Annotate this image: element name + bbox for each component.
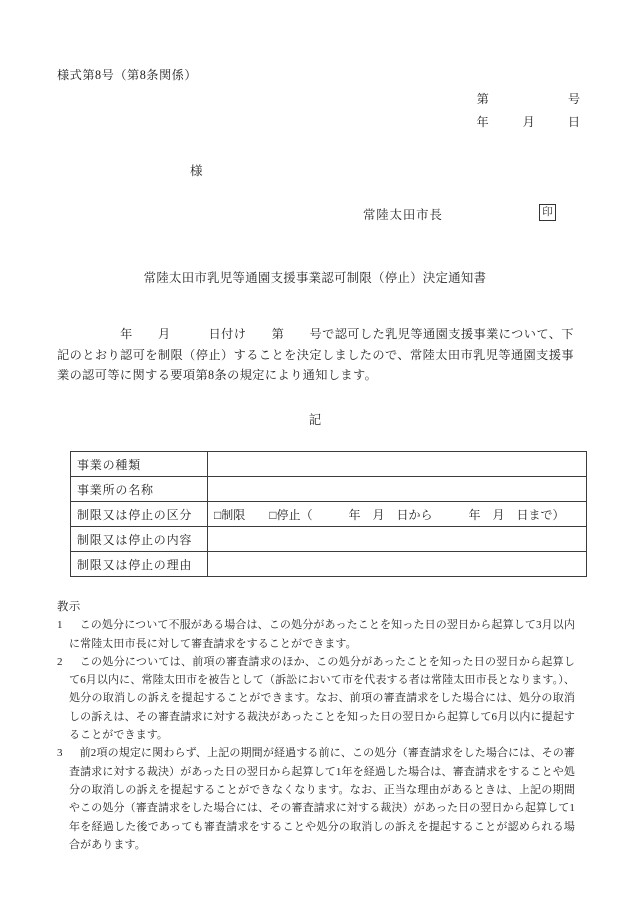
conditions-table: 事業の種類 事業所の名称 制限又は停止の区分 □制限 □停止（ 年 月 日から … [70, 451, 587, 577]
issuer-name: 常陸太田市長 [363, 205, 443, 223]
table-row-office-name: 事業所の名称 [71, 477, 587, 502]
table-row-division: 制限又は停止の区分 □制限 □停止（ 年 月 日から 年 月 日まで） [71, 502, 587, 527]
appeal-notice-item-3: 3前2項の規定に関わらず、上記の期間が経過する前に、この処分（審査請求をした場合… [57, 744, 575, 854]
date-year-label: 年 [476, 113, 488, 130]
doc-number-prefix: 第 [477, 90, 489, 107]
appeal-notice: 教示 1この処分について不服がある場合は、この処分があったことを知った日の翌日か… [57, 598, 575, 854]
item-1-text: この処分について不服がある場合は、この処分があったことを知った日の翌日から起算し… [69, 619, 575, 649]
content-value [208, 527, 587, 552]
reason-value [208, 552, 587, 577]
document-number-line: 第 号 [477, 90, 580, 107]
seal-box: 印 [539, 204, 556, 221]
appeal-notice-heading: 教示 [57, 598, 575, 616]
date-line: 年 月 日 [476, 113, 580, 130]
doc-number-blank [489, 102, 568, 103]
reason-label: 制限又は停止の理由 [71, 552, 208, 577]
record-separator: 記 [0, 410, 630, 428]
table-row-reason: 制限又は停止の理由 [71, 552, 587, 577]
date-month-label: 月 [523, 113, 535, 130]
business-type-value [208, 452, 587, 477]
division-label: 制限又は停止の区分 [71, 502, 208, 527]
addressee-honorific: 様 [190, 160, 203, 179]
doc-number-suffix: 号 [568, 90, 580, 107]
item-2-number: 2 [57, 656, 63, 668]
body-paragraph: 年 月 日付け 第 号で認可した乳児等通園支援事業について、下記のとおり認可を制… [57, 324, 574, 386]
appeal-notice-item-1: 1この処分について不服がある場合は、この処分があったことを知った日の翌日から起算… [57, 616, 575, 653]
item-2-text: この処分については、前項の審査請求のほか、この処分があったことを知った日の翌日か… [69, 656, 575, 741]
item-1-number: 1 [57, 619, 63, 631]
date-month-blank [535, 125, 568, 126]
document-title: 常陸太田市乳児等通園支援事業認可制限（停止）決定通知書 [0, 268, 630, 286]
table-row-business-type: 事業の種類 [71, 452, 587, 477]
content-label: 制限又は停止の内容 [71, 527, 208, 552]
appeal-notice-item-2: 2この処分については、前項の審査請求のほか、この処分があったことを知った日の翌日… [57, 653, 575, 744]
form-number-label: 様式第8号（第8条関係） [57, 66, 197, 83]
date-year-blank [489, 125, 523, 126]
item-3-number: 3 [57, 747, 63, 759]
table-row-content: 制限又は停止の内容 [71, 527, 587, 552]
office-name-label: 事業所の名称 [71, 477, 208, 502]
document-page: 様式第8号（第8条関係） 第 号 年 月 日 様 常陸太田市長 印 常陸太田市乳… [0, 0, 630, 903]
office-name-value [208, 477, 587, 502]
item-3-text: 前2項の規定に関わらず、上記の期間が経過する前に、この処分（審査請求をした場合に… [69, 747, 575, 850]
seal-label: 印 [542, 207, 553, 218]
business-type-label: 事業の種類 [71, 452, 208, 477]
date-day-label: 日 [568, 113, 580, 130]
division-checkbox-cell: □制限 □停止（ 年 月 日から 年 月 日まで） [208, 502, 587, 527]
